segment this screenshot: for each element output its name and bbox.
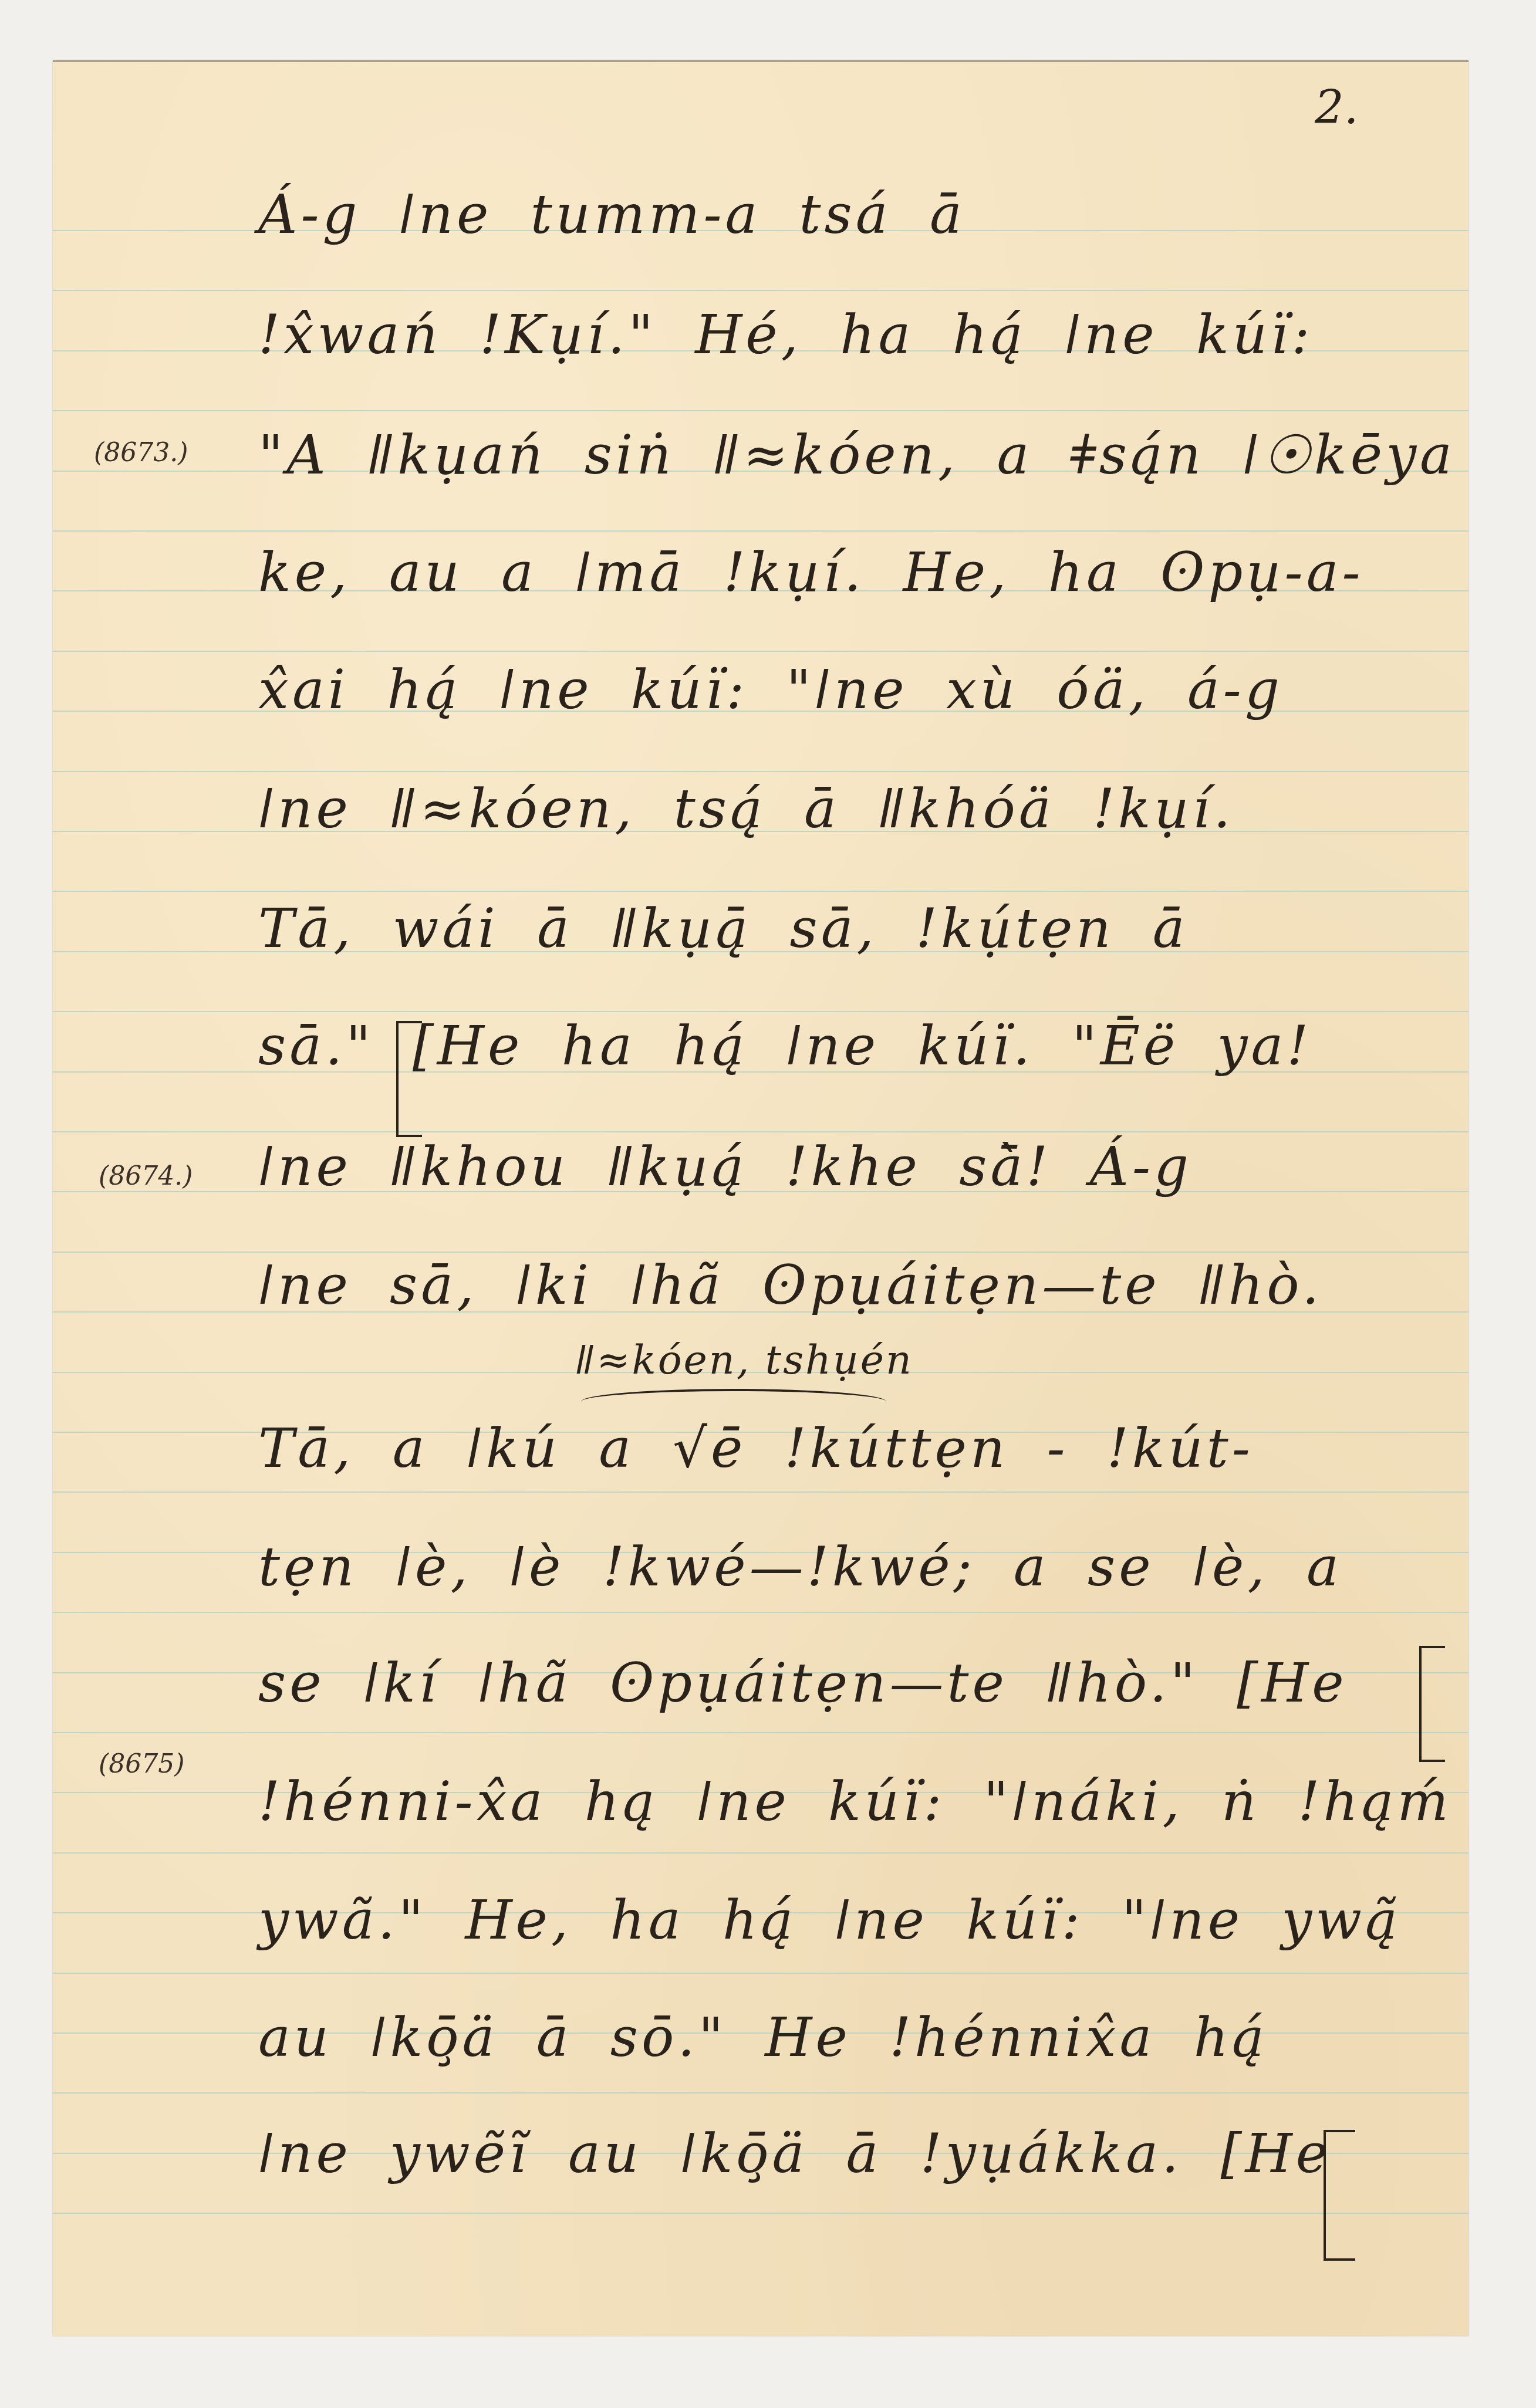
ruled-line: [53, 2092, 1469, 2094]
manuscript-line-6: ǀne ǁ≈kóen, tsą́ ā ǁkhóä !kụí.: [258, 782, 1234, 836]
page-number: 2.: [1315, 85, 1358, 131]
insertion-brace: [581, 1389, 886, 1415]
manuscript-line-7: Tā, wái ā ǁkụą̄ sā, !kụ́tẹn ā: [258, 902, 1189, 956]
ruled-line: [53, 1852, 1469, 1854]
margin-reference-8675: (8675): [99, 1751, 184, 1777]
manuscript-line-12: tẹn ǀè, ǀè !kwé—!kwé; a se ǀè, a: [258, 1540, 1342, 1594]
manuscript-line-15: ywã." He, ha hą́ ǀne kúï: "ǀne ywą̃: [258, 1893, 1401, 1947]
margin-reference-8673: (8673.): [94, 440, 188, 466]
manuscript-line-16: au ǀkō̧ä ā sō." He !hénnix̂a hą́: [258, 2011, 1268, 2065]
manuscript-page: 2. (8673.) (8674.) (8675) Á-g ǀne tumm-a…: [53, 60, 1469, 2336]
manuscript-line-3: "A ǁkụań siṅ ǁ≈kóen, a ǂsą́n ǀ☉kēya: [258, 428, 1456, 482]
ruled-line: [53, 1492, 1469, 1493]
ruled-line: [53, 1131, 1469, 1132]
ruled-line: [53, 1732, 1469, 1733]
manuscript-line-1: Á-g ǀne tumm-a tsá ā: [258, 188, 966, 242]
manuscript-line-10: ǀne sā, ǀki ǀhã ʘpụáitẹn—te ǁhò.: [258, 1259, 1322, 1313]
ruled-line: [53, 1252, 1469, 1253]
manuscript-line-9: ǀne ǁkhou ǁkụą́ !khe sā̀! Á-g: [258, 1140, 1192, 1194]
margin-reference-8674: (8674.): [99, 1164, 193, 1189]
section-bracket-8675: [1419, 1646, 1445, 1762]
interlinear-insertion: ǁ≈kóen, tshụén: [575, 1341, 913, 1381]
ruled-line: [53, 1011, 1469, 1012]
section-bracket-8673: [396, 1021, 422, 1137]
manuscript-line-4: ke, au a ǀmā !kụí. He, ha ʘpụ-a-: [258, 546, 1364, 600]
ruled-line: [53, 2213, 1469, 2214]
ruled-line: [53, 651, 1469, 652]
ruled-line: [53, 1612, 1469, 1613]
manuscript-line-17: ǀne ywẽĩ au ǀkō̧ä ā !yụákka. [He: [258, 2127, 1331, 2181]
ruled-line: [53, 771, 1469, 772]
manuscript-line-2: !x̂wań !Kụí." Hé, ha hą́ ǀne kúï:: [258, 308, 1313, 362]
ruled-line: [53, 290, 1469, 291]
section-bracket-end: [1324, 2130, 1355, 2261]
ruled-line: [53, 1973, 1469, 1974]
ruled-line: [53, 410, 1469, 411]
ruled-line: [53, 891, 1469, 892]
manuscript-line-14: !hénni-x̂a hą ǀne kúï: "ǀnáki, ṅ !hąḿ: [258, 1775, 1452, 1829]
ruled-line: [53, 530, 1469, 532]
manuscript-line-13: se ǀkí ǀhã ʘpụáitẹn—te ǁhò." [He: [258, 1656, 1348, 1710]
manuscript-line-11: Tā, a ǀkú a √ē !kúttẹn - !kút-: [258, 1422, 1254, 1476]
manuscript-line-5: x̂ai hą́ ǀne kúï: "ǀne xù óä, á-g: [258, 663, 1283, 717]
